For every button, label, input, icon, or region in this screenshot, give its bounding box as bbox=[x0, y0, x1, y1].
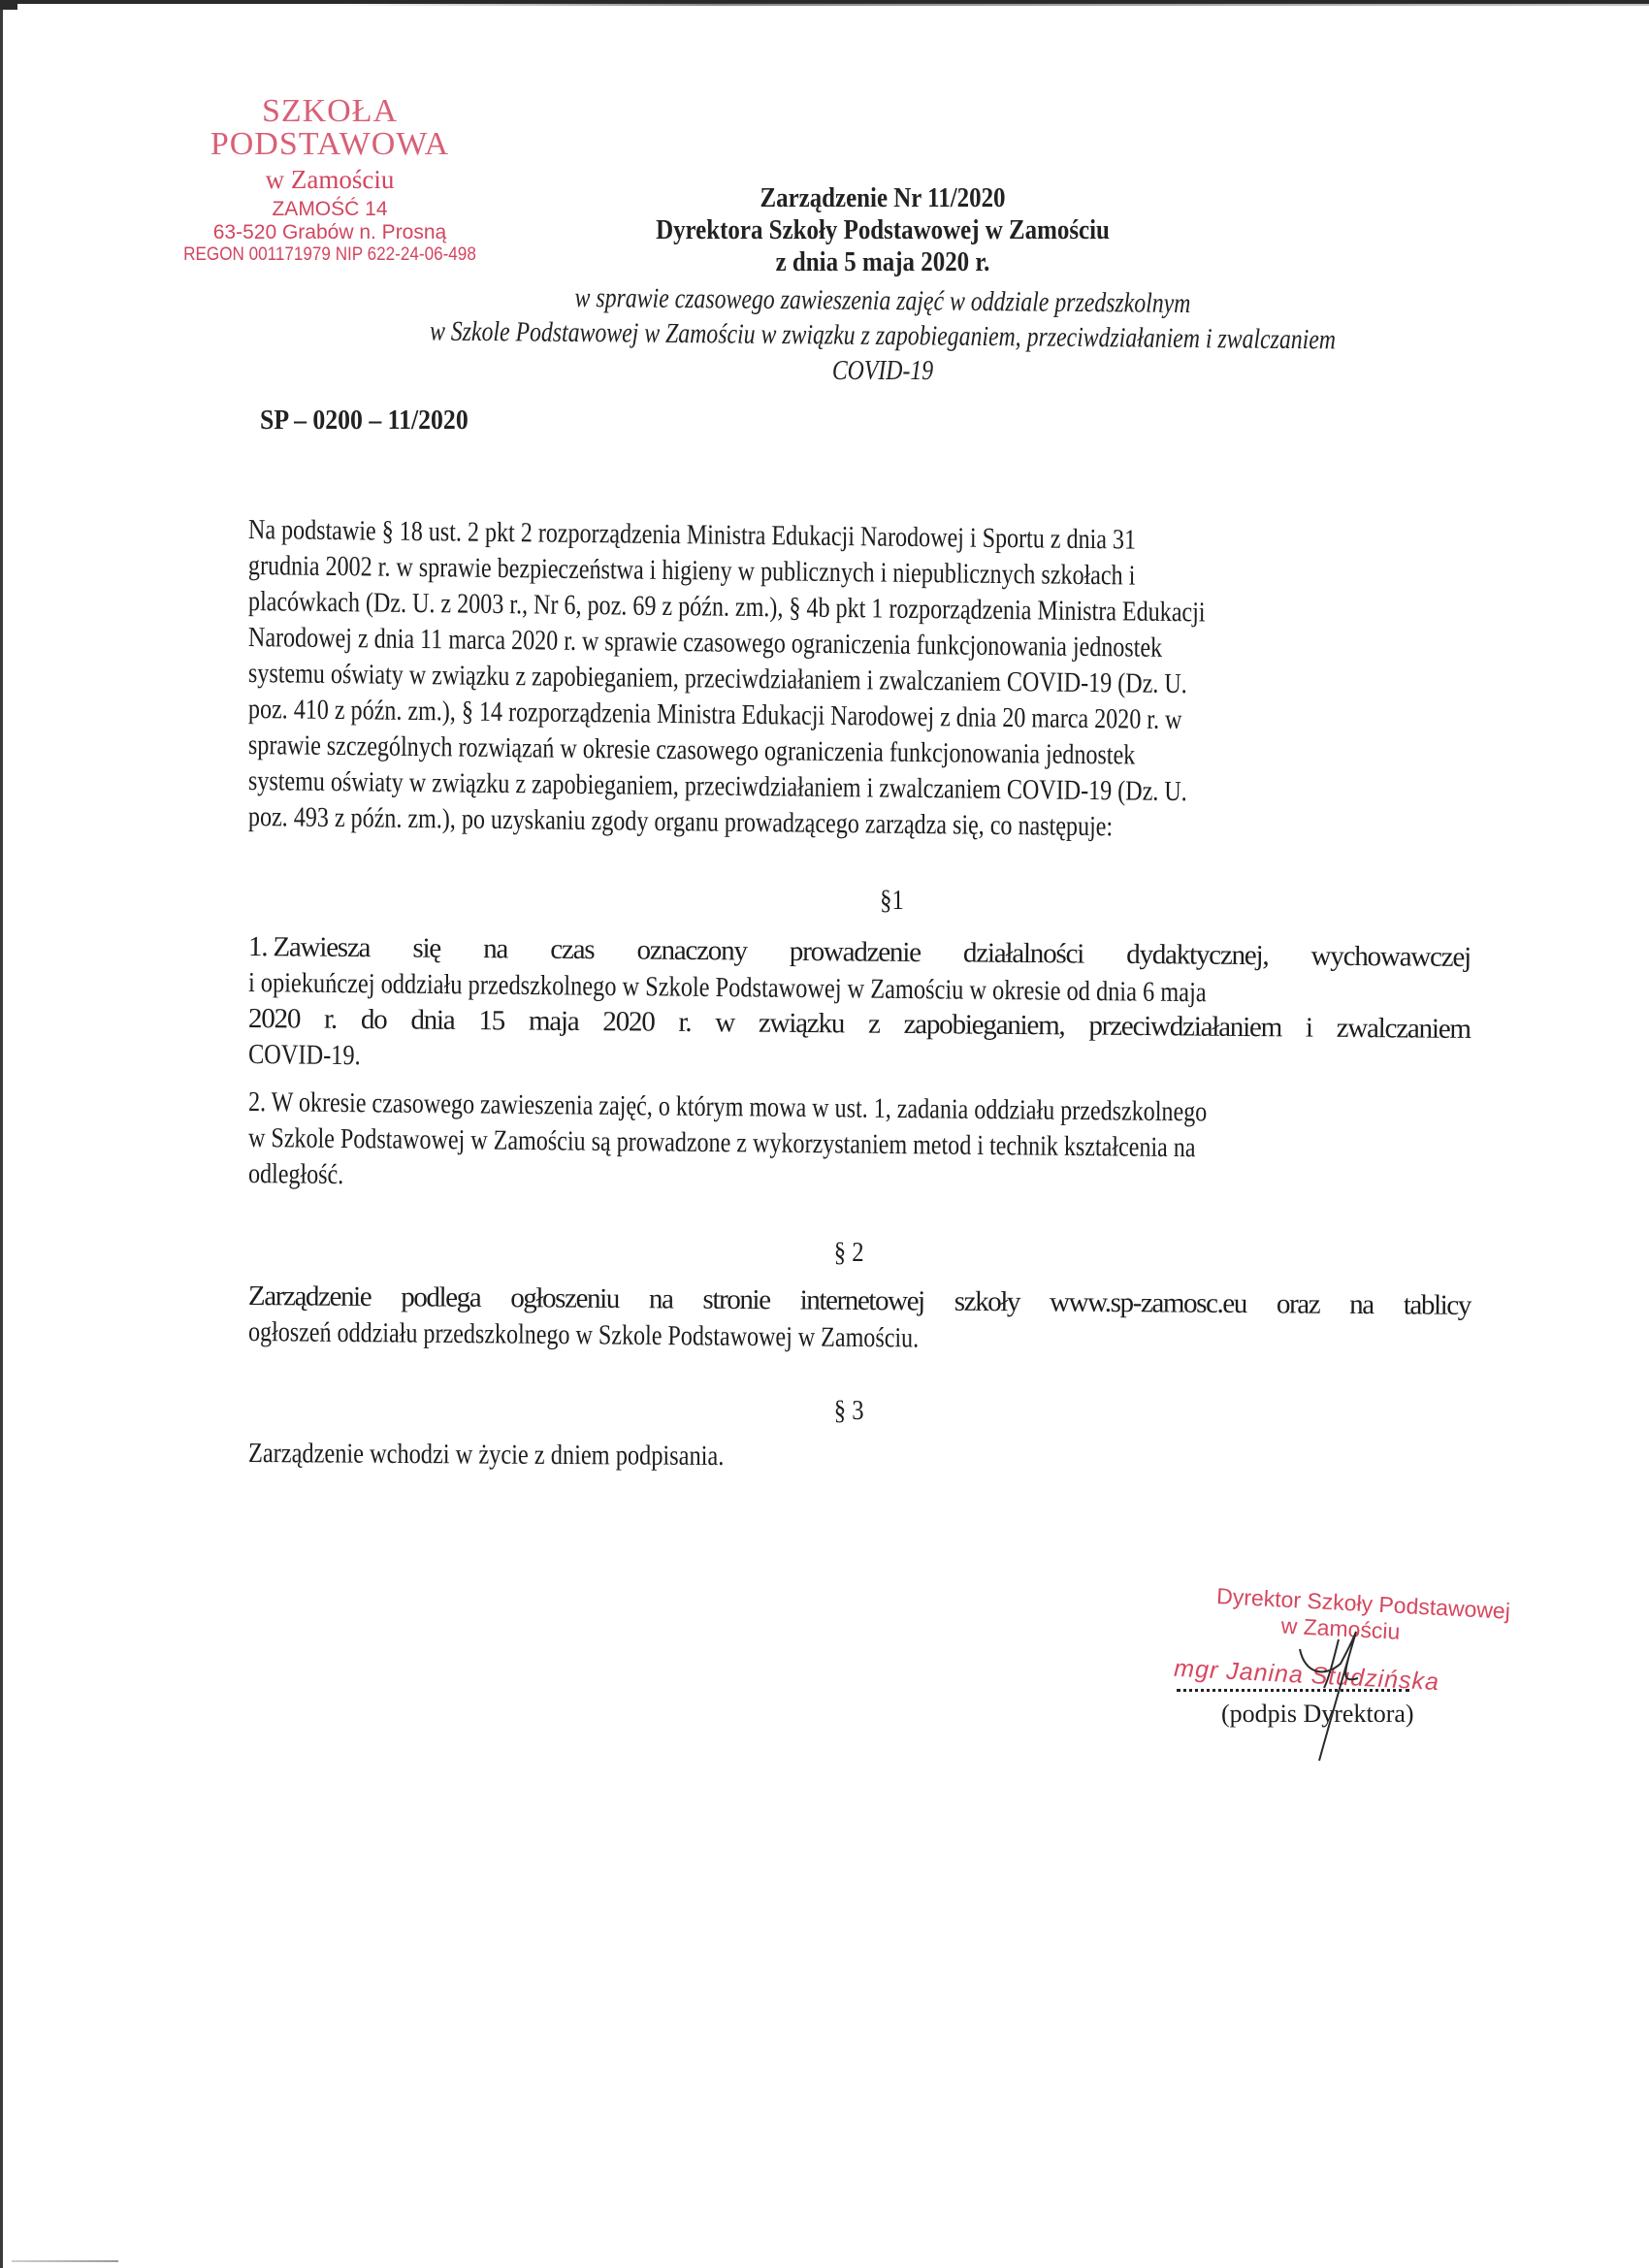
word: 2020 bbox=[602, 1004, 655, 1040]
word: związku bbox=[759, 1006, 845, 1043]
legal-basis-paragraph: Na podstawie § 18 ust. 2 pkt 2 rozporząd… bbox=[248, 512, 1471, 835]
document-issuer: Dyrektora Szkoły Podstawowej w Zamościu bbox=[591, 214, 1175, 246]
word: Zarządzenie bbox=[248, 1279, 372, 1315]
section-1-point-1: 1. Zawieszasięnaczasoznaczonyprowadzenie… bbox=[248, 929, 1471, 1073]
word: maja bbox=[529, 1004, 579, 1040]
scan-edge-shadow bbox=[320, 3, 1649, 6]
word: podlega bbox=[401, 1280, 480, 1316]
word: na bbox=[1349, 1287, 1374, 1323]
stamp-school-place: w Zamościu bbox=[145, 167, 514, 193]
word: z bbox=[868, 1007, 880, 1043]
word: czas bbox=[550, 932, 594, 968]
stamp-school-name: SZKOŁA PODSTAWOWA bbox=[145, 95, 514, 161]
word: dnia bbox=[410, 1002, 454, 1038]
word: wychowawczej bbox=[1310, 939, 1471, 976]
section-2-text: Zarządzeniepodlegaogłoszeniunastronieint… bbox=[248, 1279, 1471, 1350]
word: stronie bbox=[702, 1282, 769, 1319]
word: przeciwdziałaniem bbox=[1088, 1009, 1281, 1047]
word: szkoły bbox=[954, 1284, 1020, 1321]
scan-edge-left bbox=[0, 0, 3, 2268]
section-heading-2: § 2 bbox=[834, 1237, 864, 1269]
word: zapobieganiem, bbox=[903, 1007, 1064, 1044]
word: prowadzenie bbox=[790, 934, 921, 971]
document-title: Zarządzenie Nr 11/2020 bbox=[591, 182, 1175, 214]
section-1-point-2: 2. W okresie czasowego zawieszenia zajęć… bbox=[248, 1085, 1471, 1192]
document-subject: w sprawie czasowego zawieszenia zajęć w … bbox=[281, 283, 1484, 388]
text-line: Zarządzenie wchodzi w życie z dniem podp… bbox=[248, 1436, 1276, 1478]
word: dydaktycznej, bbox=[1126, 937, 1269, 974]
scan-edge-corner bbox=[0, 0, 17, 10]
school-stamp: SZKOŁA PODSTAWOWA w Zamościu ZAMOŚĆ 14 6… bbox=[145, 95, 514, 264]
word: r. bbox=[678, 1005, 691, 1041]
word: działalności bbox=[963, 935, 1083, 972]
document-header: Zarządzenie Nr 11/2020 Dyrektora Szkoły … bbox=[543, 182, 1222, 278]
document-date: z dnia 5 maja 2020 r. bbox=[591, 246, 1175, 278]
word: do bbox=[361, 1002, 387, 1038]
word: internetowej bbox=[799, 1282, 923, 1319]
word: oraz bbox=[1277, 1286, 1320, 1322]
word: na bbox=[483, 931, 507, 967]
subject-line: COVID-19 bbox=[390, 353, 1376, 388]
word: r. bbox=[324, 1002, 337, 1038]
section-heading-1: §1 bbox=[880, 885, 904, 917]
section-3-text: Zarządzenie wchodzi w życie z dniem podp… bbox=[248, 1436, 1471, 1472]
word: tablicy bbox=[1404, 1287, 1471, 1324]
scan-edge-bottom bbox=[12, 2260, 118, 2262]
word: i bbox=[1306, 1011, 1312, 1047]
word: na bbox=[649, 1281, 673, 1317]
word: w bbox=[715, 1005, 734, 1041]
reference-number: SP – 0200 – 11/2020 bbox=[260, 405, 469, 437]
stamp-school-city: 63-520 Grabów n. Prosną bbox=[145, 222, 514, 243]
word: 2020 bbox=[248, 1001, 301, 1037]
section-heading-3: § 3 bbox=[834, 1395, 864, 1427]
word: ogłoszeniu bbox=[510, 1280, 619, 1317]
word: 15 bbox=[478, 1003, 504, 1039]
word: zwalczaniem bbox=[1337, 1011, 1471, 1048]
word: www.sp-zamosc.eu bbox=[1050, 1284, 1246, 1322]
word: 1. Zawiesza bbox=[248, 929, 371, 966]
stamp-school-ids: REGON 001171979 NIP 622-24-06-498 bbox=[164, 245, 496, 264]
text-line: ogłoszeń oddziału przedszkolnego w Szkol… bbox=[248, 1314, 1263, 1360]
word: się bbox=[412, 930, 440, 966]
handwritten-signature-icon bbox=[1280, 1620, 1397, 1766]
word: oznaczony bbox=[636, 932, 747, 969]
stamp-school-address: ZAMOŚĆ 14 bbox=[145, 199, 514, 219]
